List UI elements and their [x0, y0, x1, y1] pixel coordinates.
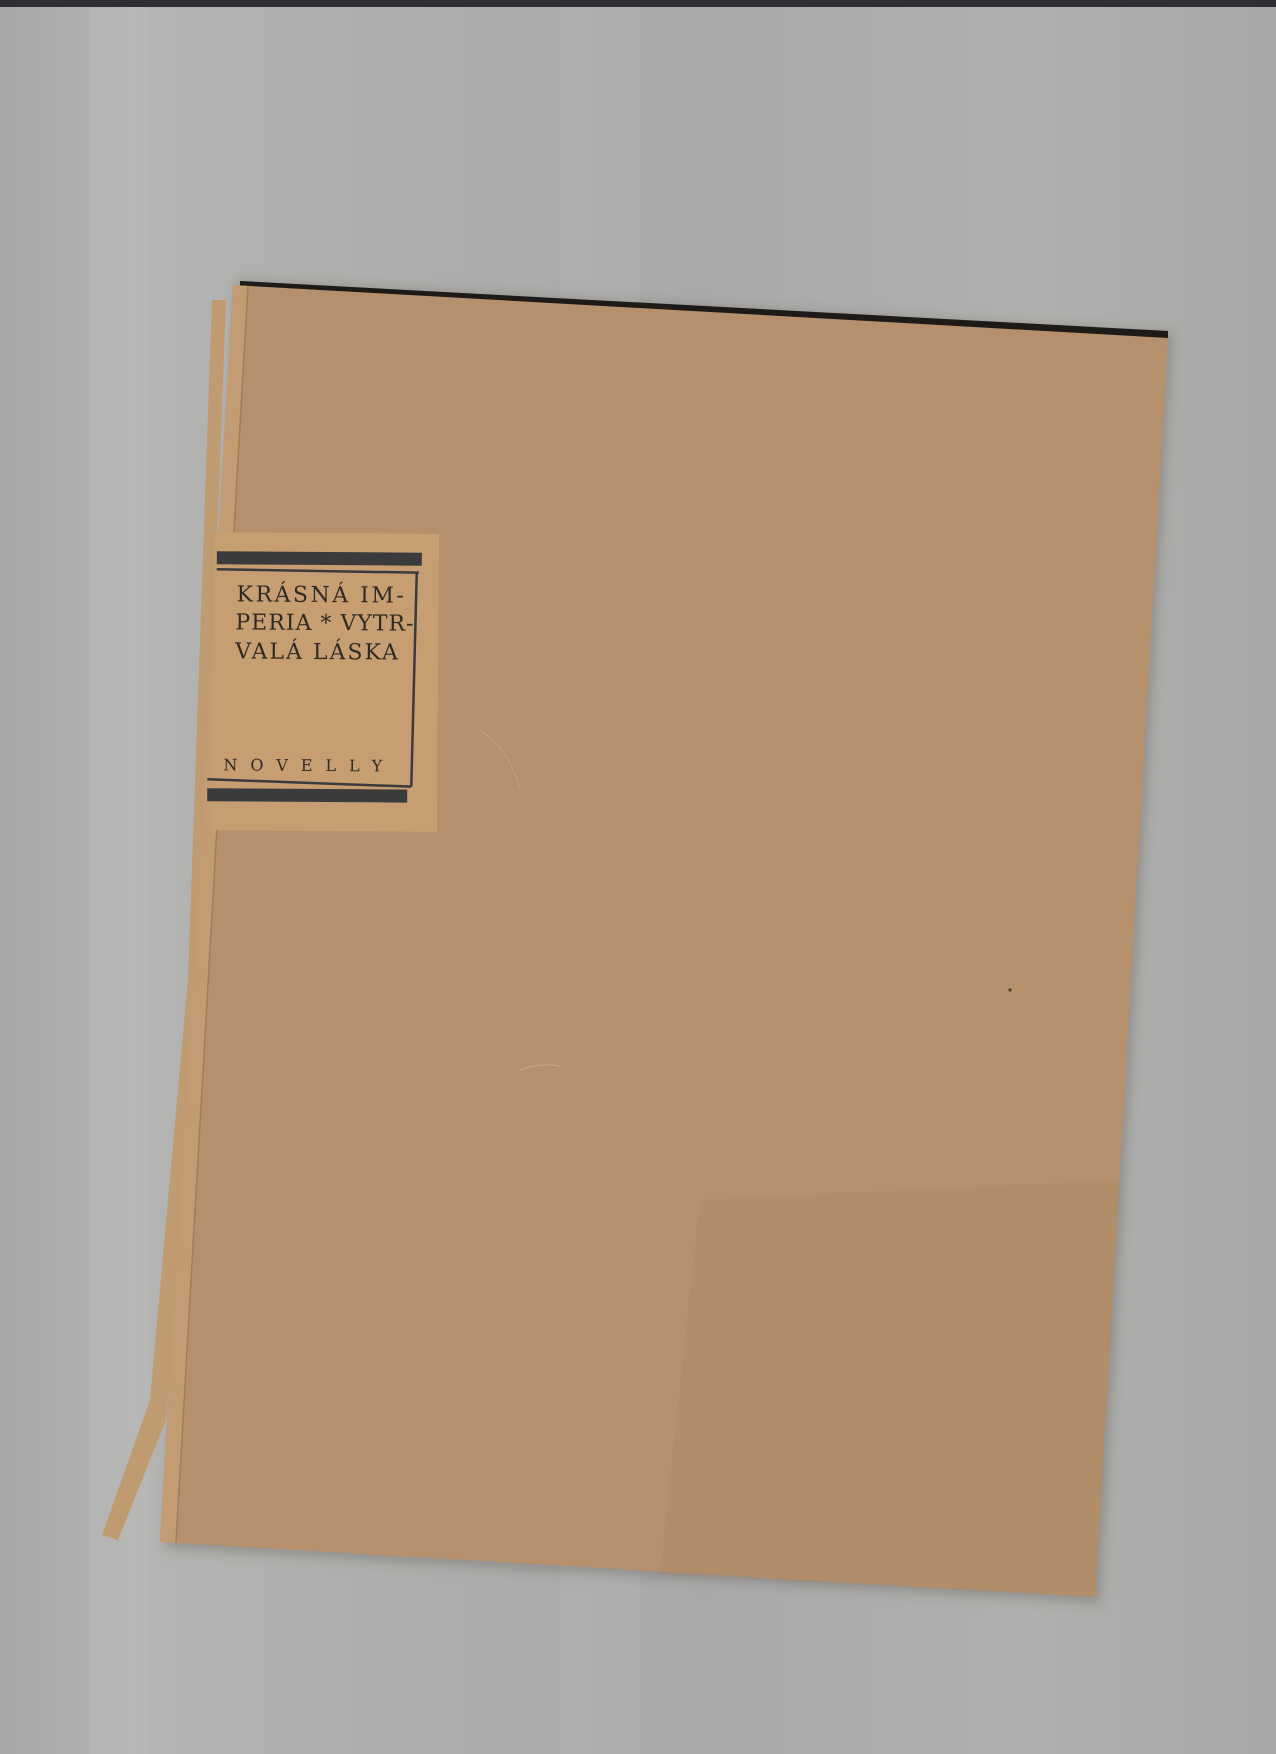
- label-bottom-bar: [207, 788, 407, 802]
- label-title-line-2: PERIA * VYTR-: [235, 610, 414, 636]
- label-title-line-1: KRÁSNÁ IM-: [237, 580, 407, 608]
- spot: [1008, 988, 1011, 991]
- label-top-bar: [217, 551, 422, 565]
- book-photo: KRÁSNÁ IM- PERIA * VYTR- VALÁ LÁSKA NOVE…: [0, 0, 1276, 1754]
- spine-label: KRÁSNÁ IM- PERIA * VYTR- VALÁ LÁSKA NOVE…: [207, 532, 439, 832]
- label-subtitle: NOVELLY: [223, 755, 395, 775]
- label-title-line-3: VALÁ LÁSKA: [234, 637, 400, 665]
- cover-wear: [660, 1180, 1120, 1597]
